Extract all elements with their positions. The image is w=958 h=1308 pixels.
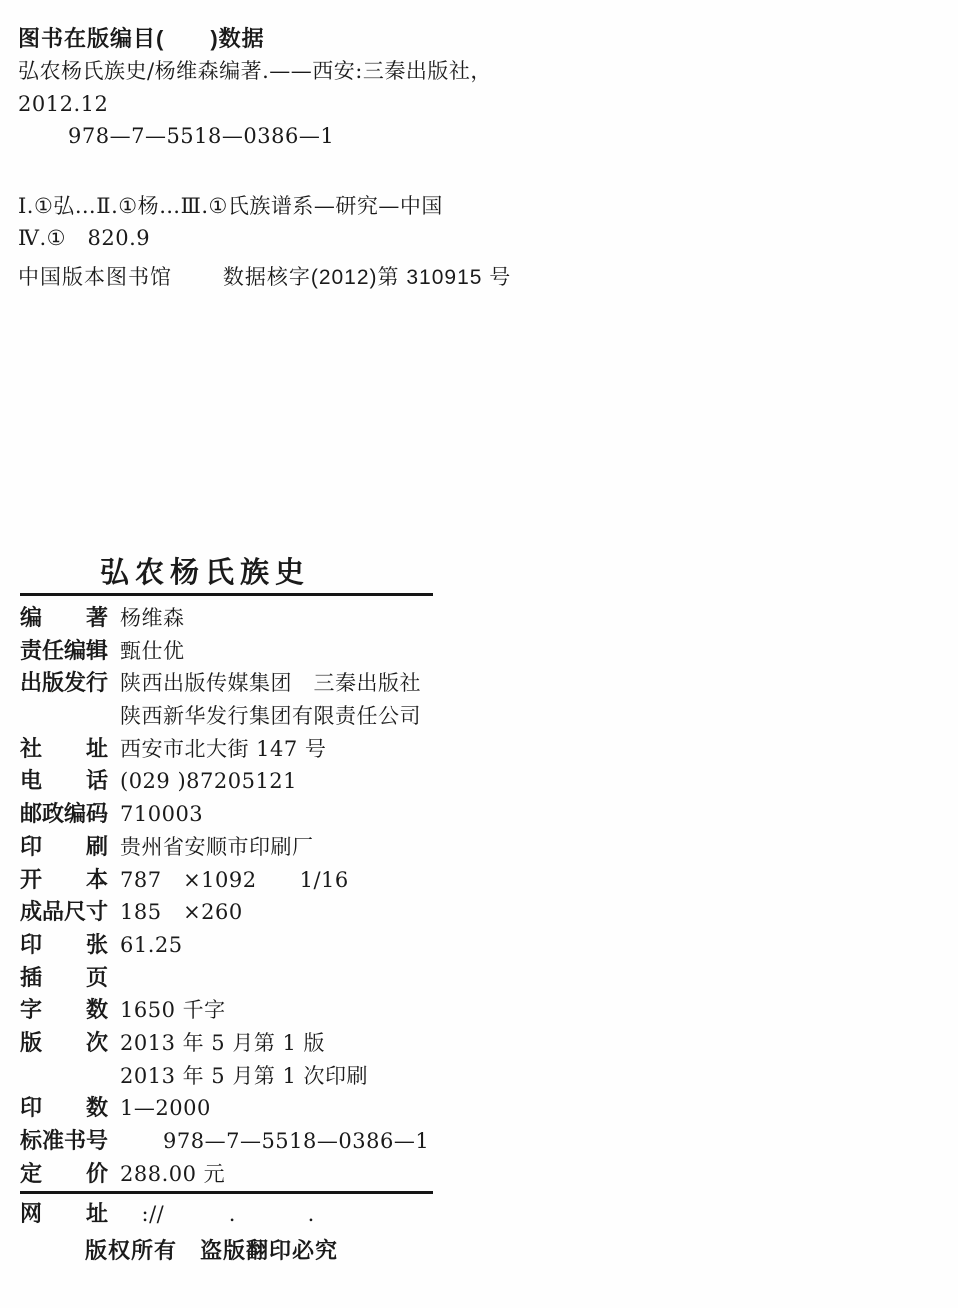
row-value: 288.00 元 [120, 1159, 225, 1190]
row-editor: 责任编辑 甄仕优 [20, 636, 433, 669]
row-author: 编 著 杨维森 [20, 603, 433, 636]
row-printer: 印 刷 贵州省安顺市印刷厂 [20, 832, 433, 865]
cip-description-line2: 2012.12 [18, 88, 618, 121]
cip-classification-line2: Ⅳ.① 820.9 [18, 222, 618, 255]
row-label: 印 刷 [20, 832, 120, 862]
row-label: 邮政编码 [20, 799, 120, 829]
row-website: 网 址 :// . . [20, 1199, 433, 1232]
copyright-notice: 版权所有 盗版翻印必究 [85, 1234, 433, 1267]
row-edition: 版 次 2013 年 5 月第 1 版 [20, 1028, 433, 1061]
row-label: 成品尺寸 [20, 897, 120, 927]
row-format: 开 本 787 ×1092 1/16 [20, 865, 433, 898]
row-label: 插 页 [20, 963, 120, 993]
row-label: 版 次 [20, 1028, 120, 1058]
row-value: 贵州省安顺市印刷厂 [120, 832, 314, 863]
row-inserts: 插 页 [20, 963, 433, 996]
row-value: 陕西新华发行集团有限责任公司 [120, 701, 421, 732]
colophon-footer: 网 址 :// . . 版权所有 盗版翻印必究 [20, 1194, 433, 1267]
row-value: 185 ×260 [120, 897, 243, 928]
row-print-run: 印 数 1—2000 [20, 1093, 433, 1126]
row-label: 印 张 [20, 930, 120, 960]
row-value: 西安市北大街 147 号 [120, 734, 326, 765]
row-value: 787 ×1092 1/16 [120, 865, 349, 896]
cip-registry-number: 中国版本图书馆 数据核字(2012)第 310915 号 [18, 262, 618, 294]
row-postcode: 邮政编码 710003 [20, 799, 433, 832]
row-label: 社 址 [20, 734, 120, 764]
row-label: 印 数 [20, 1093, 120, 1123]
row-value: 2013 年 5 月第 1 次印刷 [120, 1061, 368, 1092]
row-edition-cont: 2013 年 5 月第 1 次印刷 [20, 1061, 433, 1094]
row-publisher: 出版发行 陕西出版传媒集团 三秦出版社 [20, 668, 433, 701]
row-value: 1—2000 [120, 1093, 211, 1124]
row-label: 标准书号 [20, 1126, 120, 1156]
row-value: 710003 [120, 799, 203, 830]
row-value: 1650 千字 [120, 995, 226, 1026]
row-value: 甄仕优 [120, 636, 185, 667]
cip-block: 图书在版编目( )数据 弘农杨氏族史/杨维森编著.——西安:三秦出版社， 201… [18, 22, 618, 294]
row-sheets: 印 张 61.25 [20, 930, 433, 963]
copyright-page: 图书在版编目( )数据 弘农杨氏族史/杨维森编著.——西安:三秦出版社， 201… [0, 0, 958, 1308]
row-value: 杨维森 [120, 603, 185, 634]
row-value: (029 )87205121 [120, 766, 297, 797]
row-value: 陕西出版传媒集团 三秦出版社 [120, 668, 421, 699]
row-label: 责任编辑 [20, 636, 120, 666]
row-word-count: 字 数 1650 千字 [20, 995, 433, 1028]
row-phone: 电 话 (029 )87205121 [20, 766, 433, 799]
book-title: 弘农杨氏族史 [20, 556, 433, 590]
row-value: 2013 年 5 月第 1 版 [120, 1028, 325, 1059]
row-value: 978—7—5518—0386—1 [120, 1126, 429, 1157]
cip-heading: 图书在版编目( )数据 [18, 22, 618, 55]
row-label: 开 本 [20, 865, 120, 895]
row-value: 61.25 [120, 930, 183, 961]
cip-classification-line1: Ⅰ.①弘…Ⅱ.①杨…Ⅲ.①氏族谱系—研究—中国 [18, 190, 618, 223]
row-label: 编 著 [20, 603, 120, 633]
row-price: 定 价 288.00 元 [20, 1159, 433, 1192]
row-value: :// . . [120, 1199, 315, 1230]
cip-isbn: 978—7—5518—0386—1 [68, 120, 618, 153]
publication-rows: 编 著 杨维森 责任编辑 甄仕优 出版发行 陕西出版传媒集团 三秦出版社 陕西新… [20, 596, 433, 1191]
row-label: 网 址 [20, 1199, 120, 1229]
row-label: 电 话 [20, 766, 120, 796]
row-label: 出版发行 [20, 668, 120, 698]
publication-info-block: 弘农杨氏族史 编 著 杨维森 责任编辑 甄仕优 出版发行 陕西出版传媒集团 三秦… [20, 556, 433, 1267]
row-label: 字 数 [20, 995, 120, 1025]
row-label: 定 价 [20, 1159, 120, 1189]
cip-description-line1: 弘农杨氏族史/杨维森编著.——西安:三秦出版社， [18, 55, 618, 88]
row-publisher-cont: 陕西新华发行集团有限责任公司 [20, 701, 433, 734]
row-trim-size: 成品尺寸 185 ×260 [20, 897, 433, 930]
row-isbn: 标准书号 978—7—5518—0386—1 [20, 1126, 433, 1159]
row-address: 社 址 西安市北大街 147 号 [20, 734, 433, 767]
